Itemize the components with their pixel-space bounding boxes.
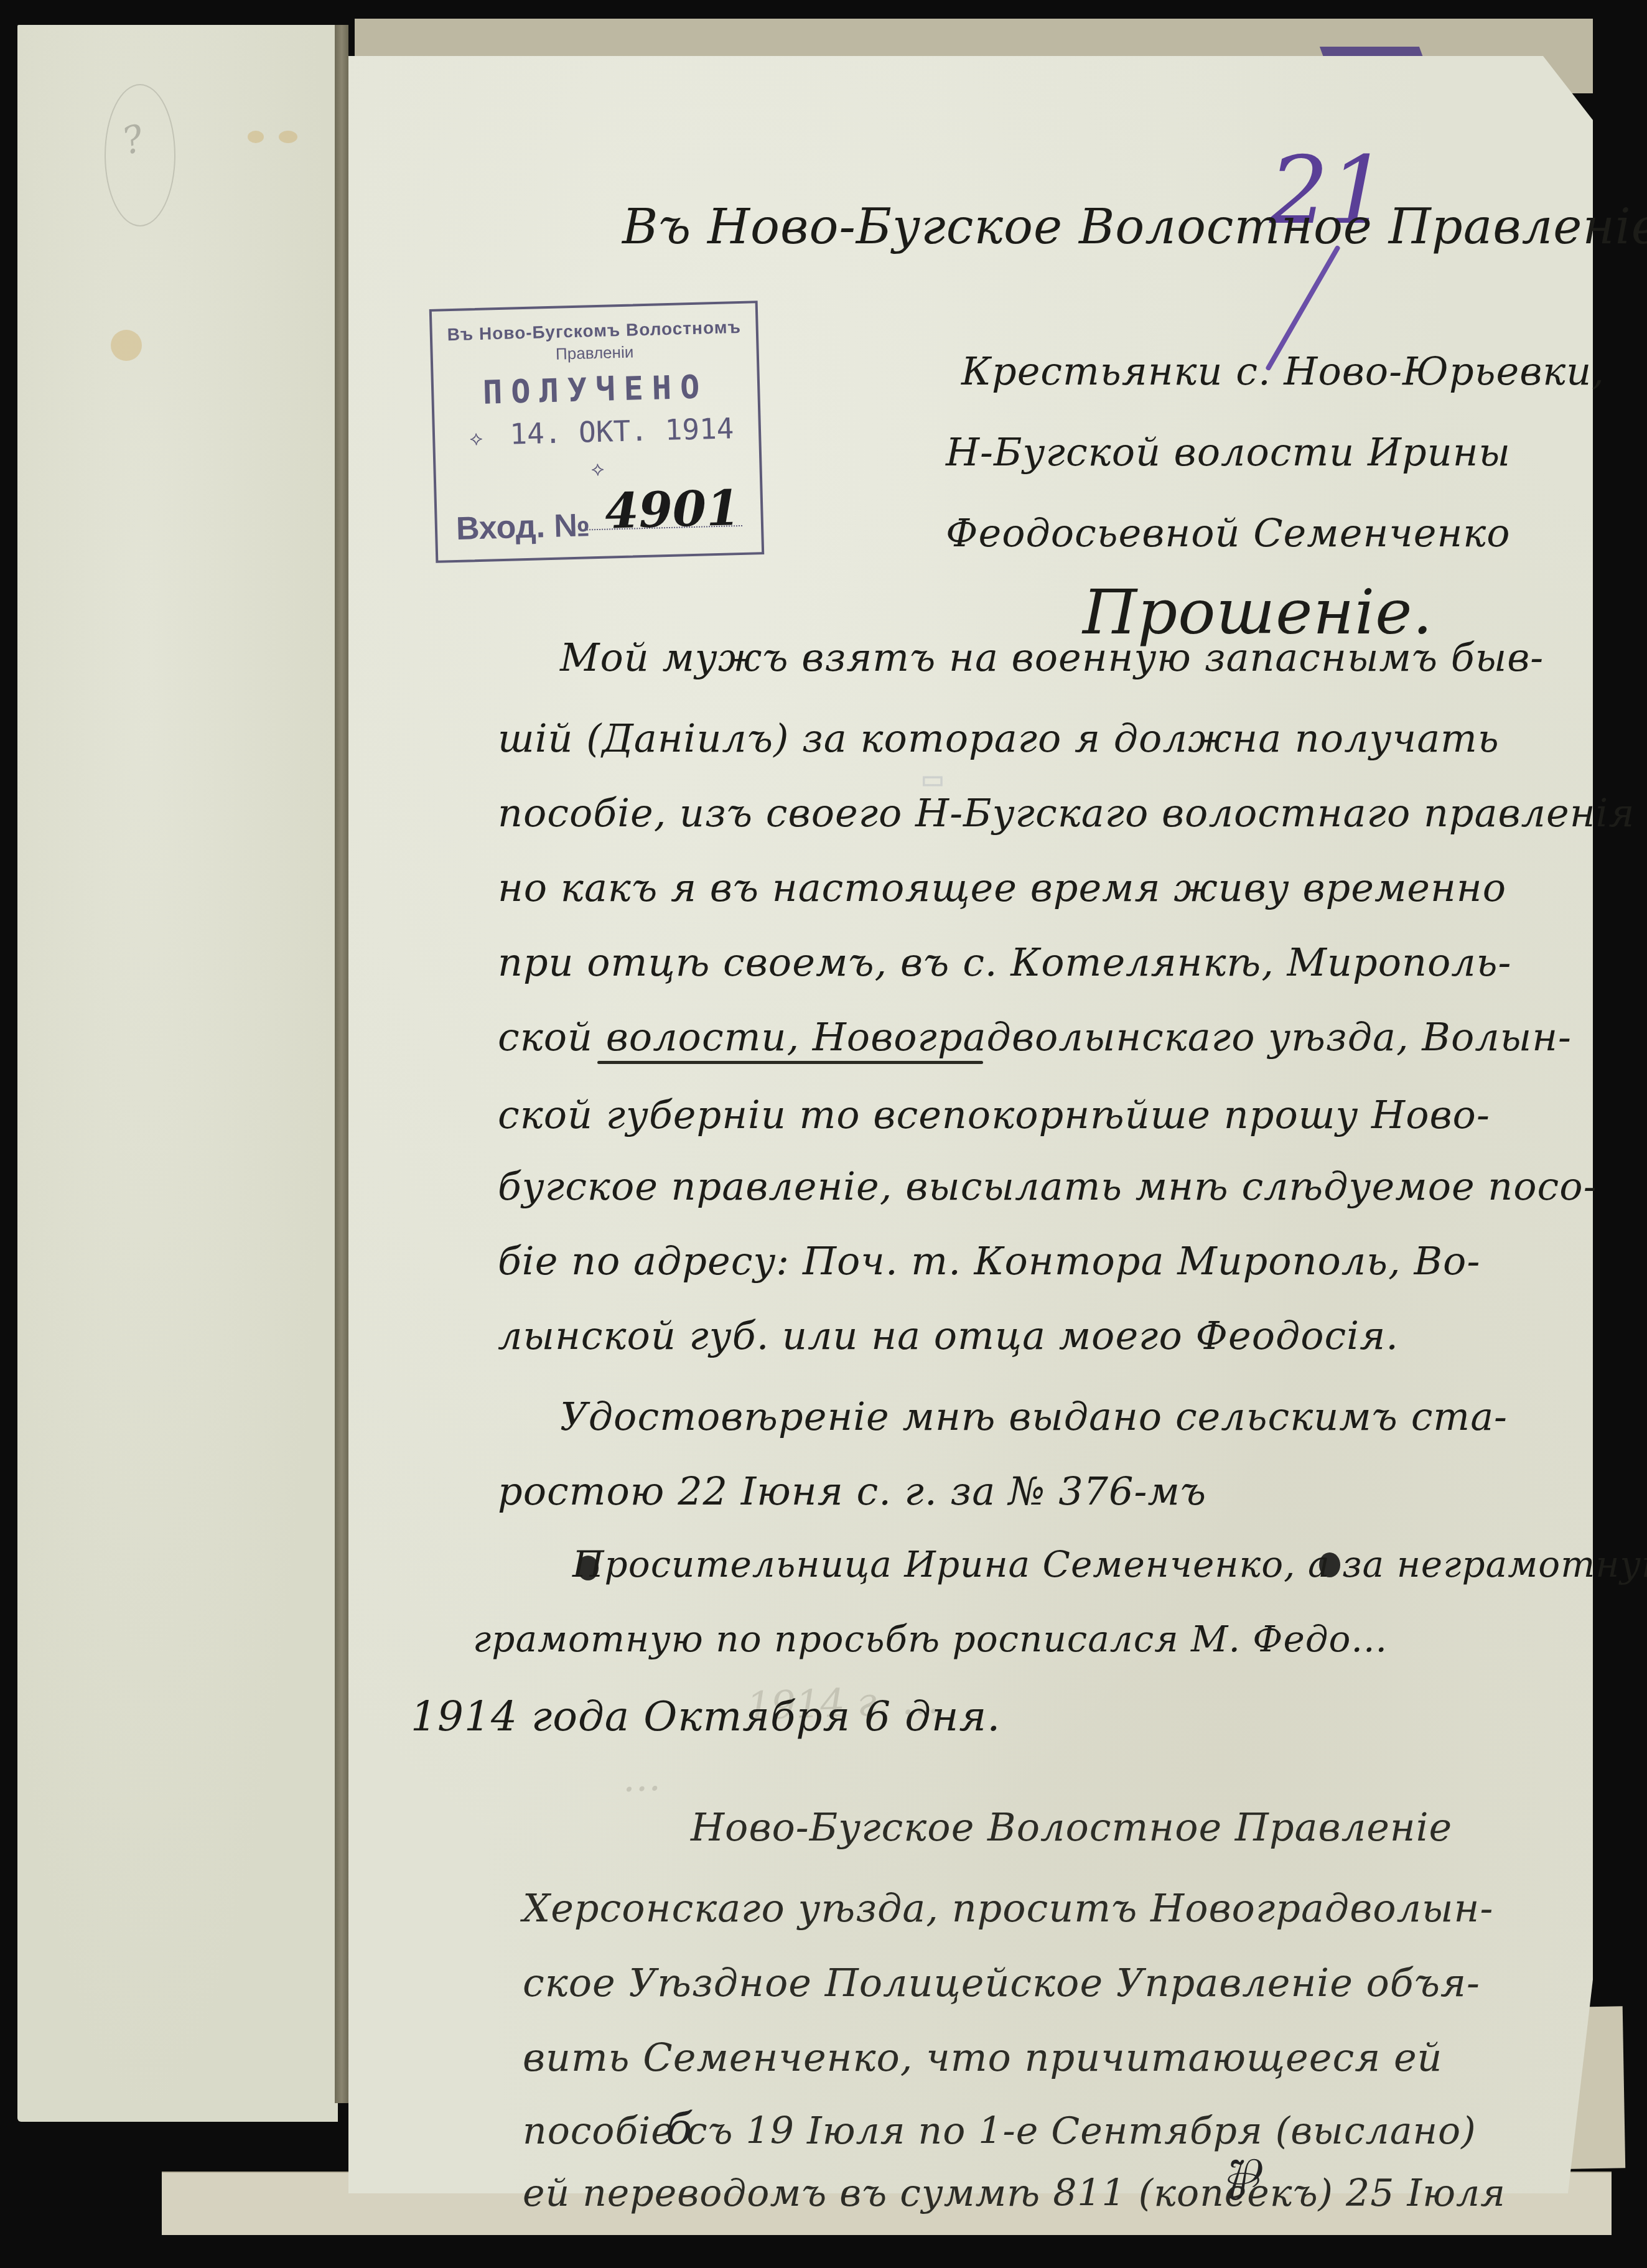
body-line: лынской губ. или на отца моего Феодосiя. (498, 1313, 1399, 1358)
address-line: Въ Ново-Бугское Волостное Правленiе. (622, 199, 1647, 255)
initials-mark: ⅌ (1220, 2140, 1256, 2216)
resolution-line: Херсонскаго уѣзда, проситъ Новоградволын… (523, 1885, 1493, 1931)
from-line-1: Крестьянки с. Ново-Юрьевки, (961, 348, 1605, 394)
from-line-3: Феодосьевной Семенченко (946, 510, 1511, 556)
body-line: ской волости, Новоградволынскаго уѣзда, … (498, 1014, 1572, 1060)
resolution-line: вить Семенченко, что причитающееся ей (523, 2035, 1443, 2080)
circled-letter-mark: б (666, 2103, 693, 2154)
certificate-line: ростою 22 Iюня с. г. за № 376-мъ (498, 1468, 1206, 1514)
date-line: 1914 года Октября 6 дня. (411, 1692, 1001, 1740)
stain-spot (279, 131, 297, 143)
body-line: пособiе, изъ своего Н-Бугскаго волостнаг… (498, 790, 1635, 836)
resolution-line: ское Уѣздное Полицейское Управленiе объя… (523, 1960, 1480, 2005)
body-line: но какъ я въ настоящее время живу времен… (498, 865, 1506, 910)
stamp-entry-label: Вход. № (455, 506, 590, 548)
left-folded-page: ? (17, 25, 338, 2122)
stamp-entry-number: 4901 (604, 480, 740, 540)
ornament-icon: ⟡ (469, 426, 483, 450)
body-line: при отцѣ своемъ, въ с. Котелянкѣ, Миропо… (498, 940, 1511, 985)
certificate-line: Удостовѣренiе мнѣ выдано сельскимъ ста- (560, 1394, 1508, 1439)
body-line: Мой мужъ взятъ на военную запаснымъ быв- (560, 635, 1544, 680)
body-line: бiе по адресу: Поч. т. Контора Мирополь,… (498, 1238, 1480, 1284)
stamp-date: 14. ОКТ. 1914 (510, 411, 734, 450)
resolution-line: Ново-Бугское Волостное Правленiе (691, 1804, 1452, 1850)
binding-spine (335, 25, 348, 2103)
signature-line: Просительница Ирина Семенченко, а за нег… (572, 1543, 1647, 1585)
body-line: ской губернiи то всепокорнѣйше прошу Нов… (498, 1092, 1490, 1137)
resolution-line: ей переводомъ въ суммѣ 811 (копеекъ) 25 … (523, 2172, 1506, 2215)
body-line: шiй (Данiилъ) за котораго я должна получ… (498, 716, 1500, 761)
stain-spot (248, 131, 264, 143)
received-stamp: Въ Ново-Бугскомъ Волостномъ Правленiи ПО… (429, 301, 764, 563)
from-line-2: Н-Бугской волости Ирины (946, 429, 1511, 475)
stain-spot (111, 330, 142, 361)
bleedthrough-text: … (622, 1754, 662, 1801)
stamp-received-label: ПОЛУЧЕНО (434, 367, 758, 413)
signature-line: грамотную по просьбѣ росписался М. Федо.… (473, 1618, 1388, 1660)
ornament-icon: ⟡ (590, 457, 604, 481)
stamp-date-row: ⟡ 14. ОКТ. 1914 ⟡ (434, 411, 760, 487)
underline-mark (597, 1061, 983, 1064)
body-line: бугское правленiе, высылать мнѣ слѣдуемо… (498, 1164, 1597, 1209)
